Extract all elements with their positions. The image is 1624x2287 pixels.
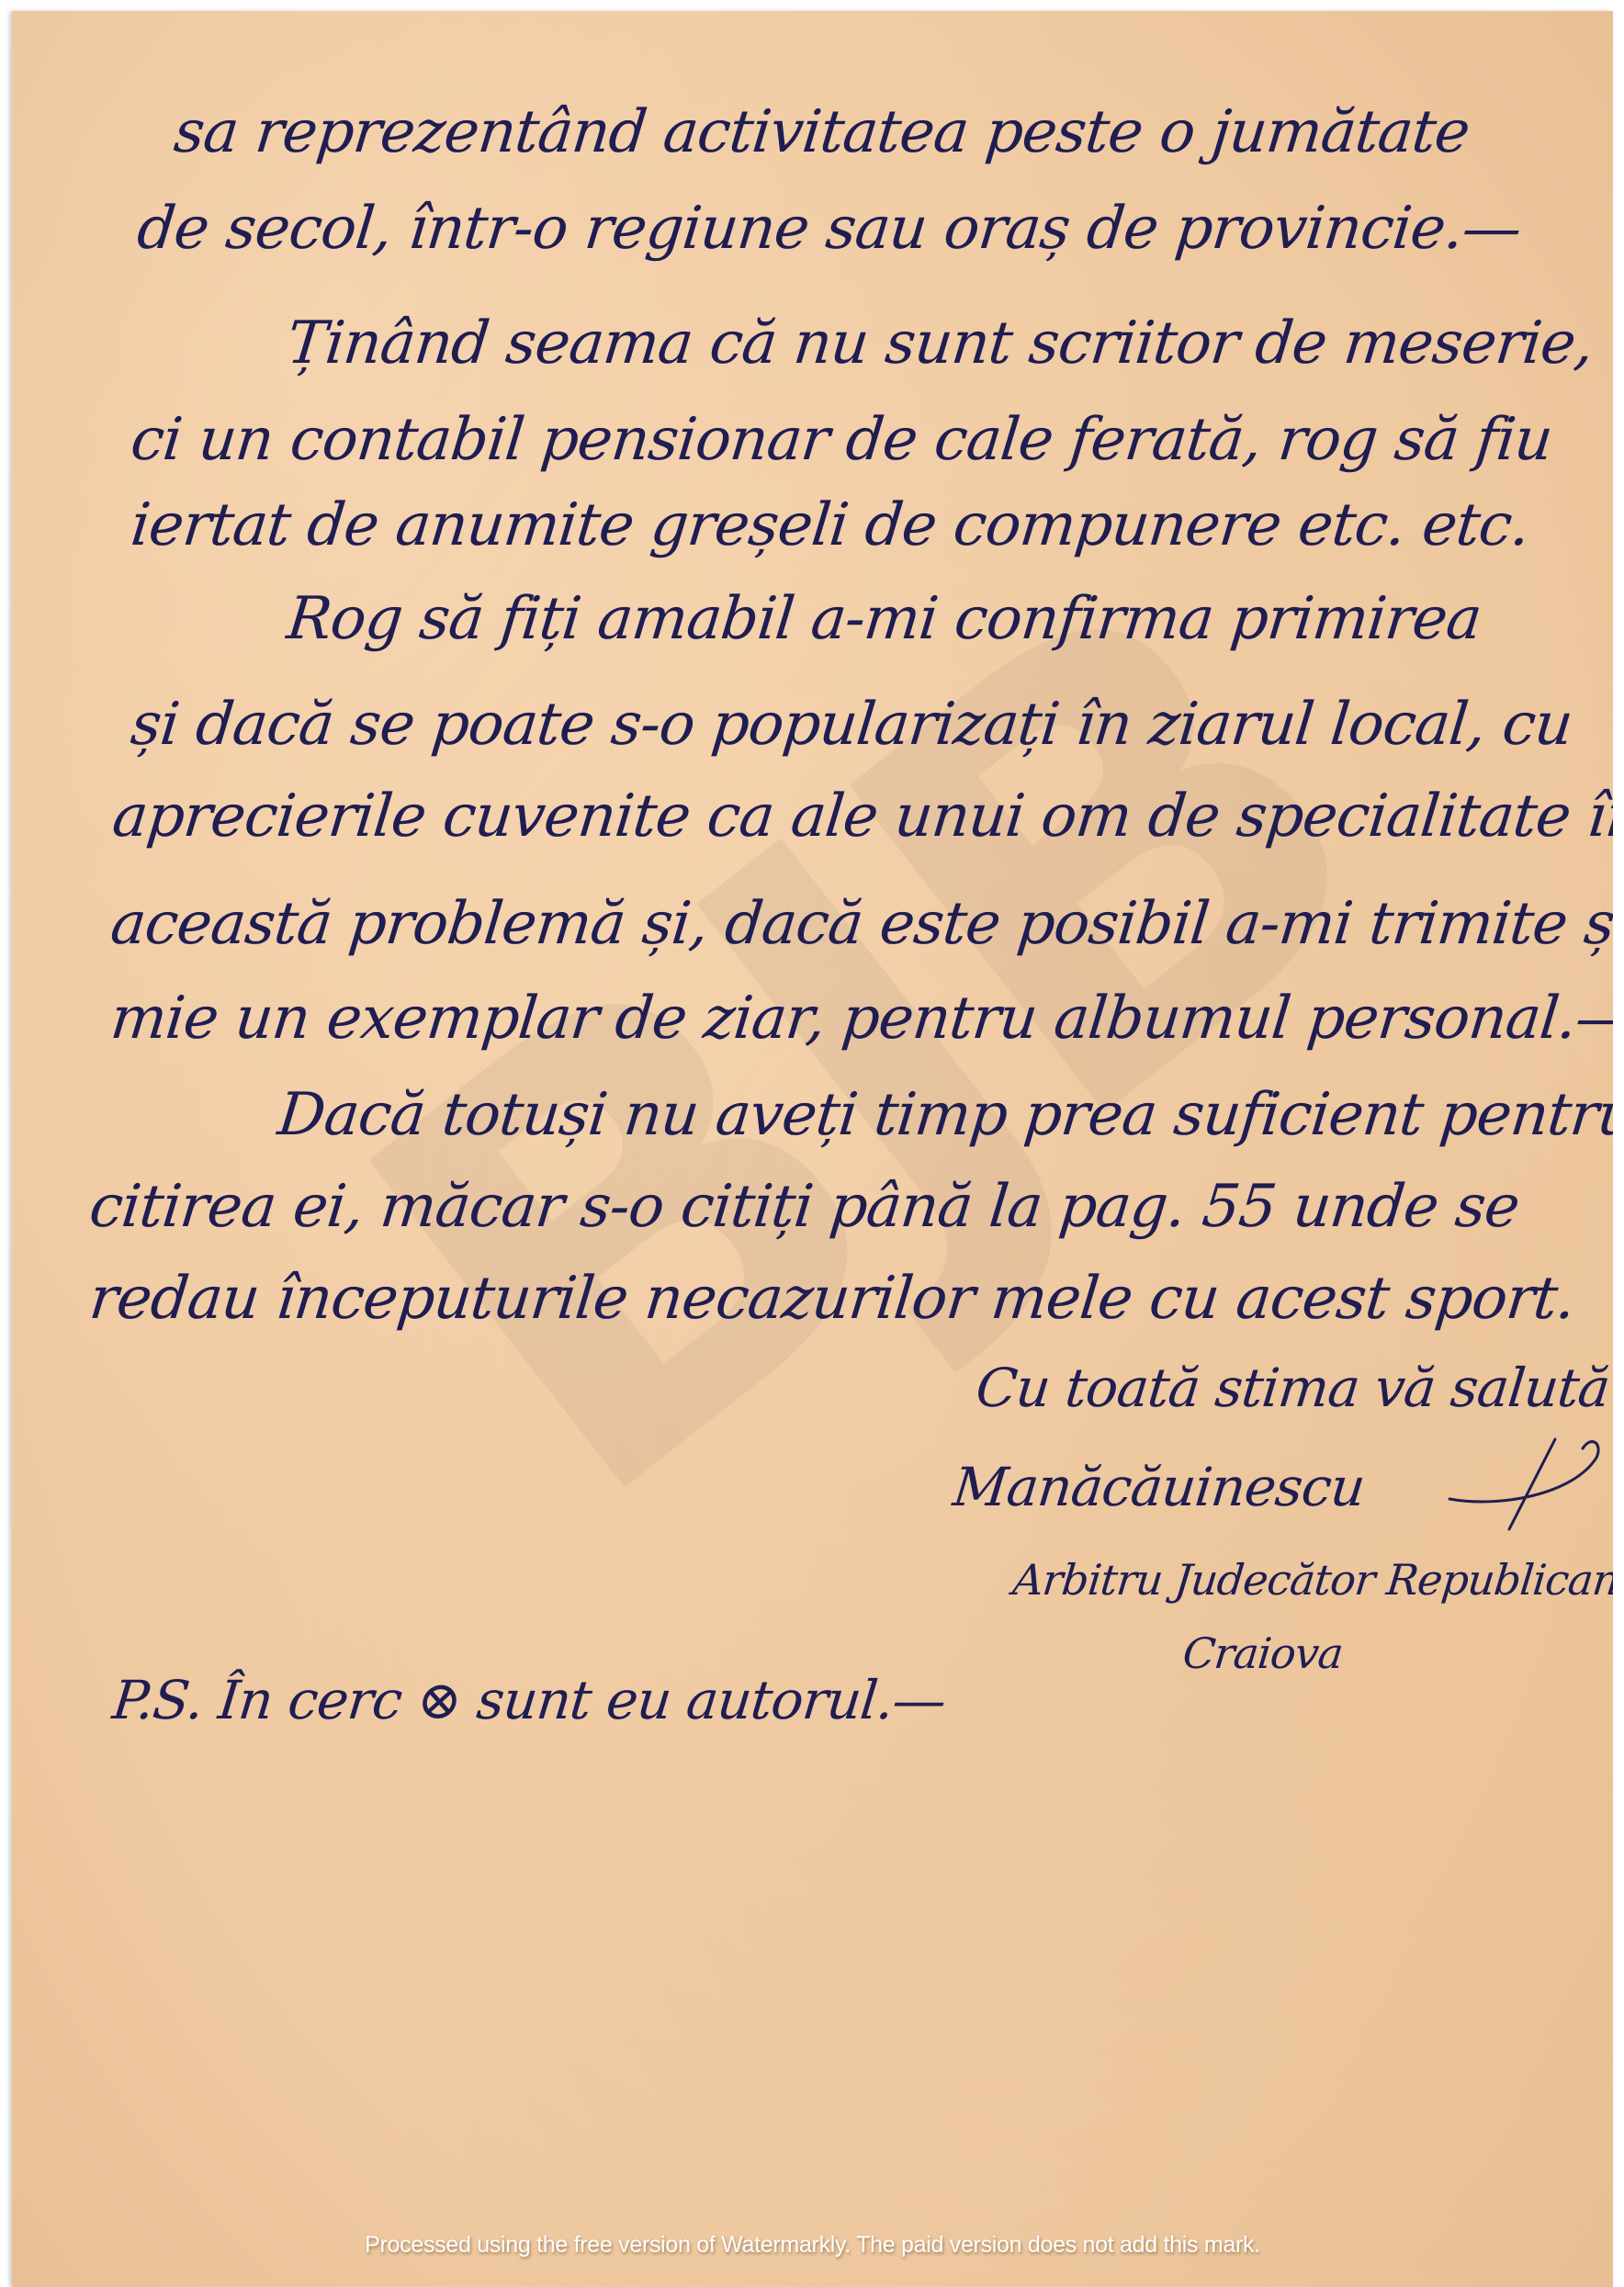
watermarkly-footer: Processed using the free version of Wate… <box>12 2232 1613 2259</box>
letter-line-13: redau începuturile necazurilor mele cu a… <box>87 1269 1578 1328</box>
letter-line-2: de secol, într-o regiune sau oraș de pro… <box>135 199 1524 258</box>
postscript: P.S. În cerc ⊗ sunt eu autorul.— <box>110 1673 948 1727</box>
letter-line-1: sa reprezentând activitatea peste o jumă… <box>172 103 1472 162</box>
signature-flourish-icon <box>1445 1421 1610 1531</box>
letter-line-8: aprecierile cuvenite ca ale unui om de s… <box>110 787 1613 846</box>
letter-line-9: această problemă și, dacă este posibil a… <box>108 895 1613 953</box>
letter-line-7: și dacă se poate s-o popularizați în zia… <box>129 695 1575 754</box>
letter-line-10: mie un exemplar de ziar, pentru albumul … <box>108 989 1613 1048</box>
letter-line-12: citirea ei, măcar s-o citiți până la pag… <box>87 1177 1522 1236</box>
letter-page: BJB sa reprezentând activitatea peste o … <box>12 11 1613 2287</box>
letter-line-5: iertat de anumite greșeli de compunere e… <box>129 496 1532 555</box>
letter-line-6: Rog să fiți amabil a-mi confirma primire… <box>285 590 1484 648</box>
letter-line-11: Dacă totuși nu aveți timp prea suficient… <box>276 1086 1613 1144</box>
signer-title: Arbitru Judecător Republican <box>1011 1559 1613 1601</box>
closing-salutation: Cu toată stima vă salută <box>974 1361 1612 1414</box>
signature: Manăcăuinescu <box>951 1460 1367 1514</box>
letter-line-3: Ținând seama că nu sunt scriitor de mese… <box>285 314 1596 373</box>
letter-line-4: ci un contabil pensionar de cale ferată,… <box>129 411 1555 469</box>
signer-city: Craiova <box>1181 1632 1345 1674</box>
